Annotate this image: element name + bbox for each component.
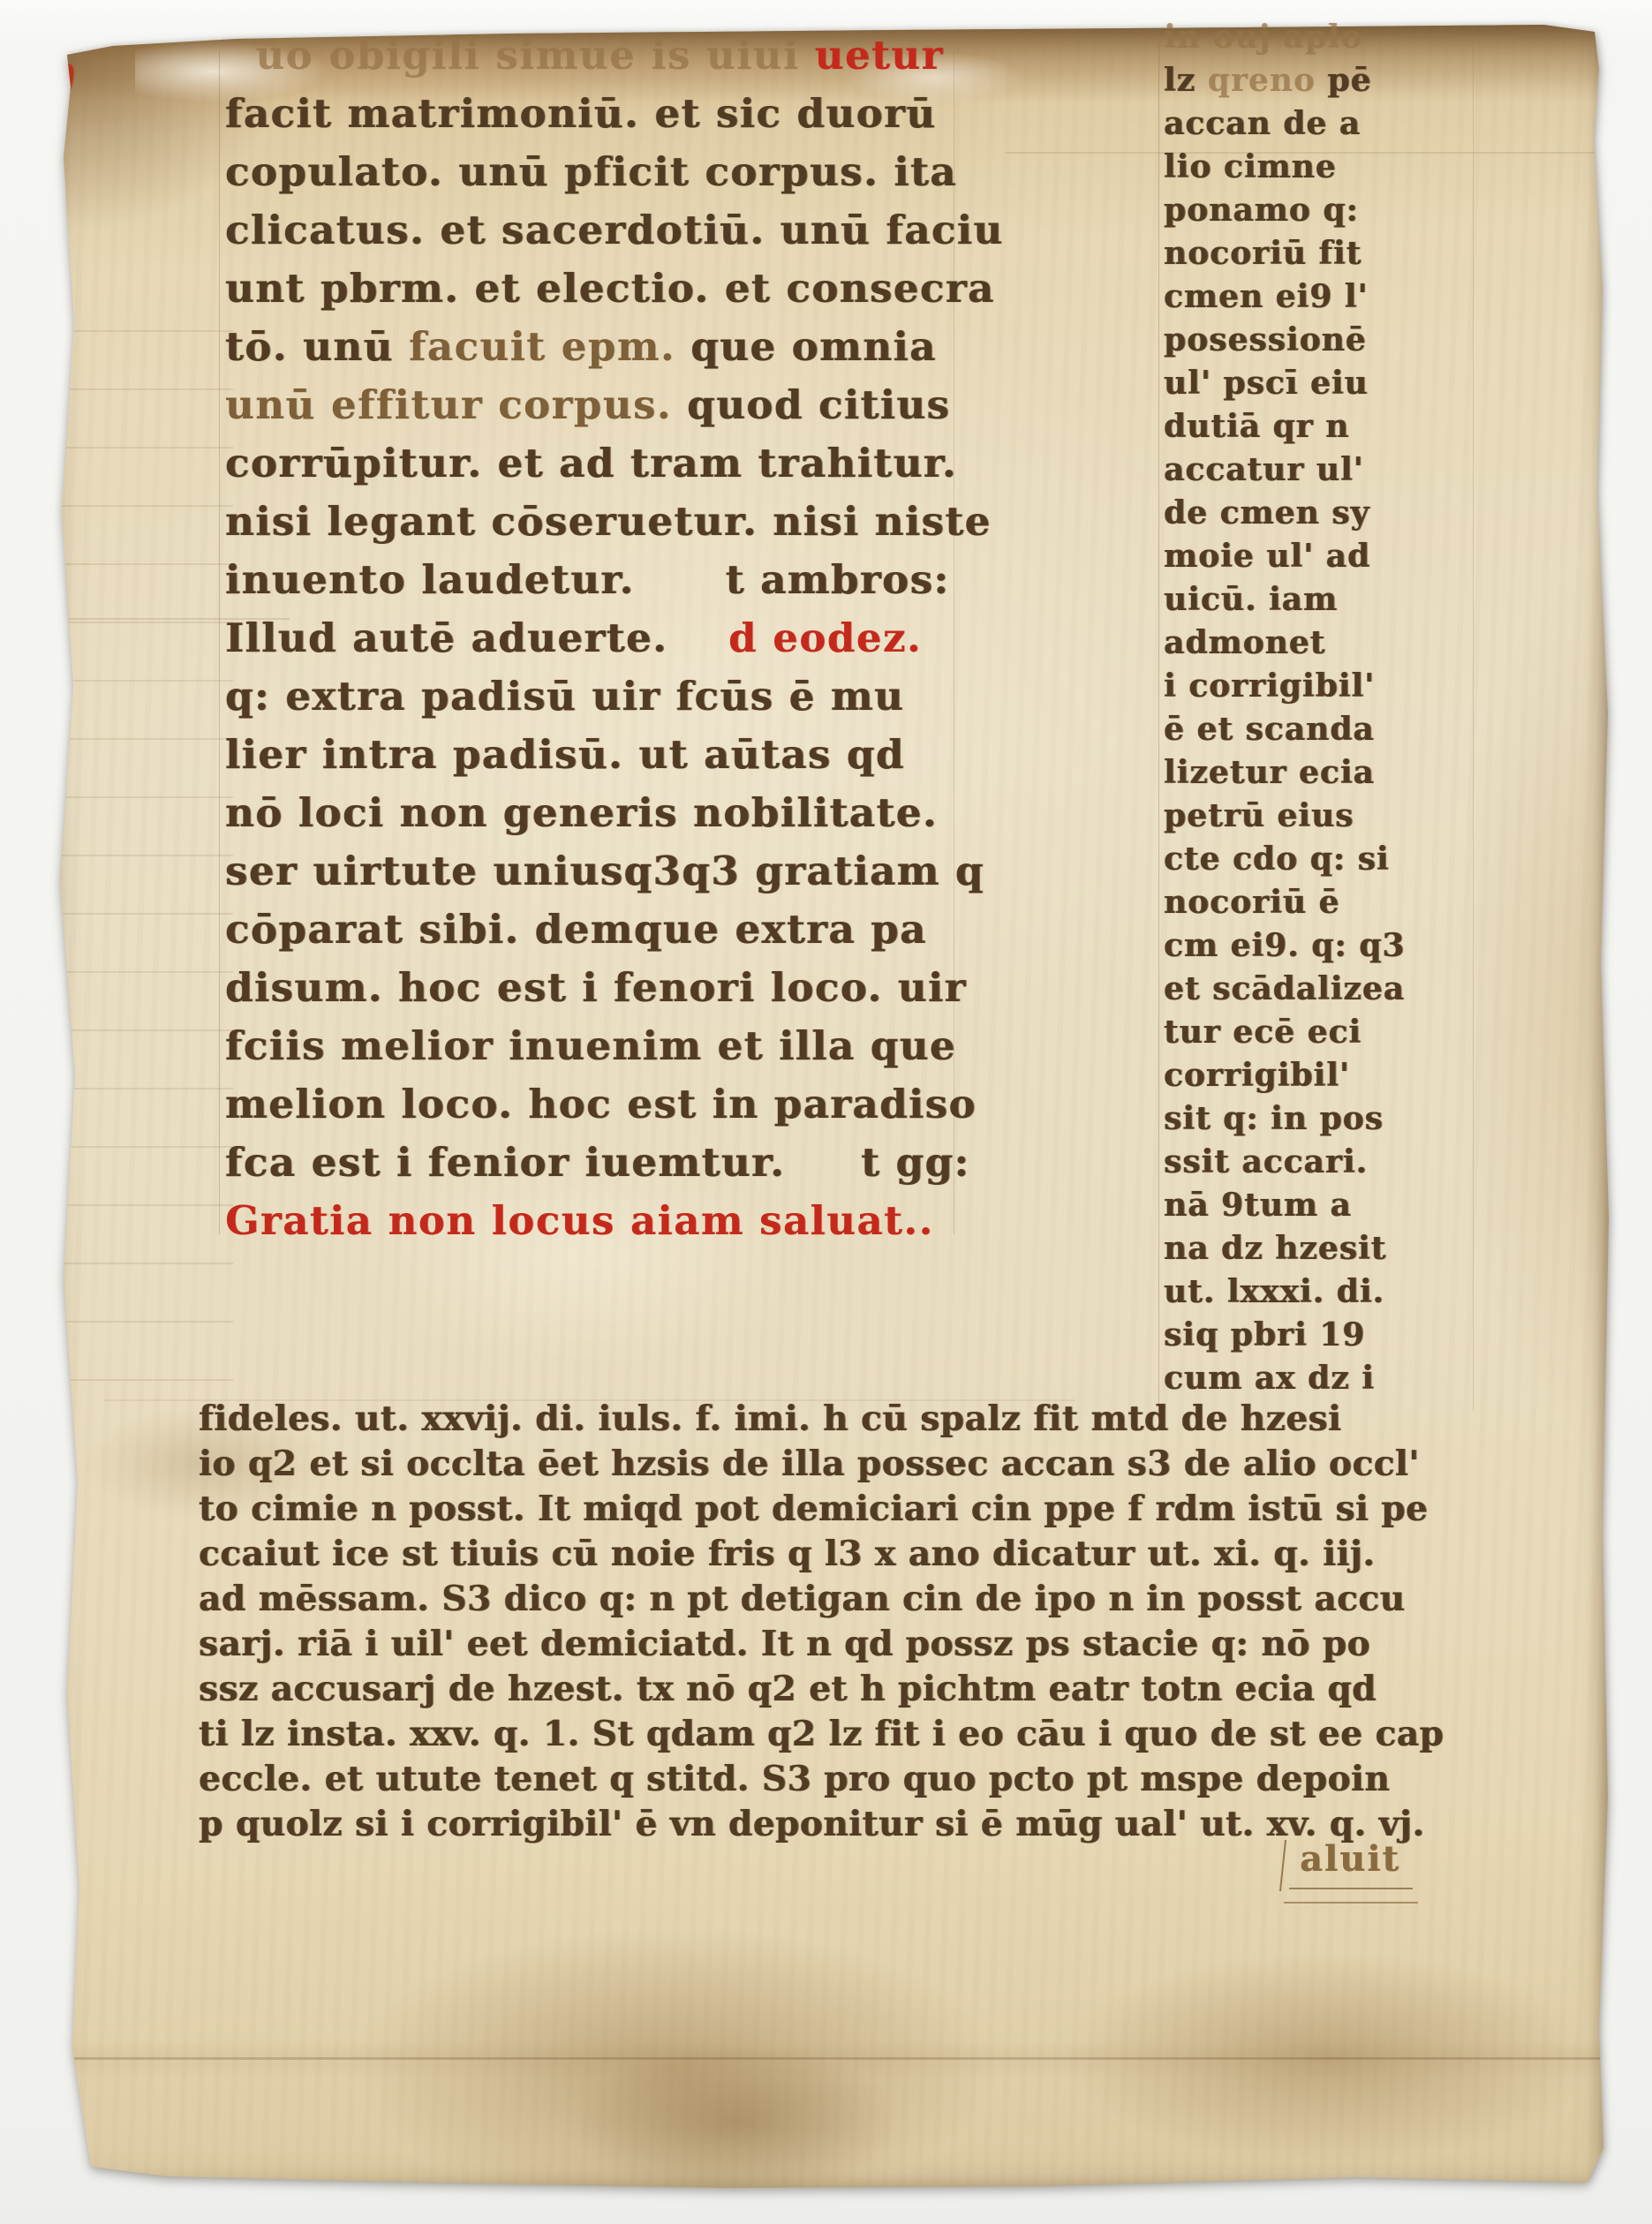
crease-line [51, 618, 290, 620]
crease-line [1005, 152, 1609, 154]
abrasion-patch [846, 51, 1022, 104]
margin-ruling-lines [57, 274, 233, 1413]
manuscript-leaf [51, 25, 1609, 2188]
abrasion-patch [135, 41, 329, 102]
vertical-ruling-line [1158, 42, 1159, 1411]
crease-line [104, 1399, 1075, 1401]
scanner-background [0, 0, 1652, 2224]
vertical-ruling-line [1473, 42, 1474, 1411]
vertical-ruling-line [954, 51, 954, 1234]
vertical-ruling-line [219, 51, 220, 1234]
fold-crease [51, 2057, 1609, 2060]
